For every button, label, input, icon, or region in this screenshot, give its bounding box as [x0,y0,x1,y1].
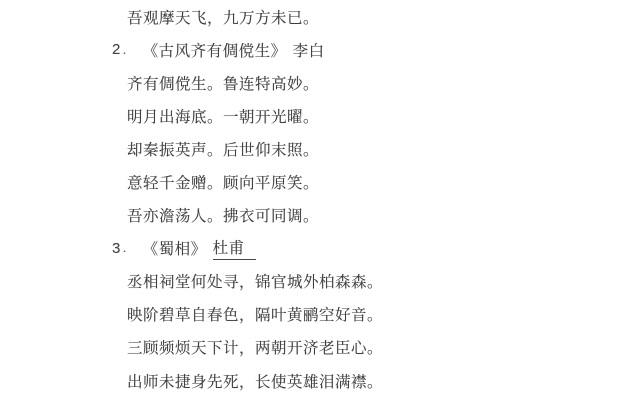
poem-title: 《古风齐有倜傥生》 [143,39,287,61]
poem-line: 意轻千金赠。顾向平原笑。 [0,165,640,198]
heading-number-dot: . [123,42,127,58]
heading-number: 2 [112,41,121,58]
poem-line: 出师未捷身先死，长使英雄泪满襟。 [0,364,640,397]
heading-number-dot: . [123,240,127,256]
section-heading: 3.《蜀相》杜甫 [0,232,640,265]
poem-line: 丞相祠堂何处寻，锦官城外柏森森。 [0,265,640,298]
heading-number: 3 [112,240,121,257]
poem-line: 却秦振英声。后世仰末照。 [0,132,640,165]
poem-line: 三顾频烦天下计，两朝开济老臣心。 [0,331,640,364]
poem-author: 李白 [293,39,325,61]
section-heading: 2.《古风齐有倜傥生》李白 [0,33,640,66]
poem-line: 吾观摩天飞，九万方未已。 [0,0,640,33]
poem-line: 吾亦澹荡人。拂衣可同调。 [0,199,640,232]
poem-line: 齐有倜傥生。鲁连特高妙。 [0,66,640,99]
poem-line: 映阶碧草自春色，隔叶黄鹂空好音。 [0,298,640,331]
poem-author: 杜甫 [213,236,256,260]
document-page: 吾观摩天飞，九万方未已。2.《古风齐有倜傥生》李白齐有倜傥生。鲁连特高妙。明月出… [0,0,640,400]
poem-line: 明月出海底。一朝开光曜。 [0,99,640,132]
poem-title: 《蜀相》 [143,237,207,259]
